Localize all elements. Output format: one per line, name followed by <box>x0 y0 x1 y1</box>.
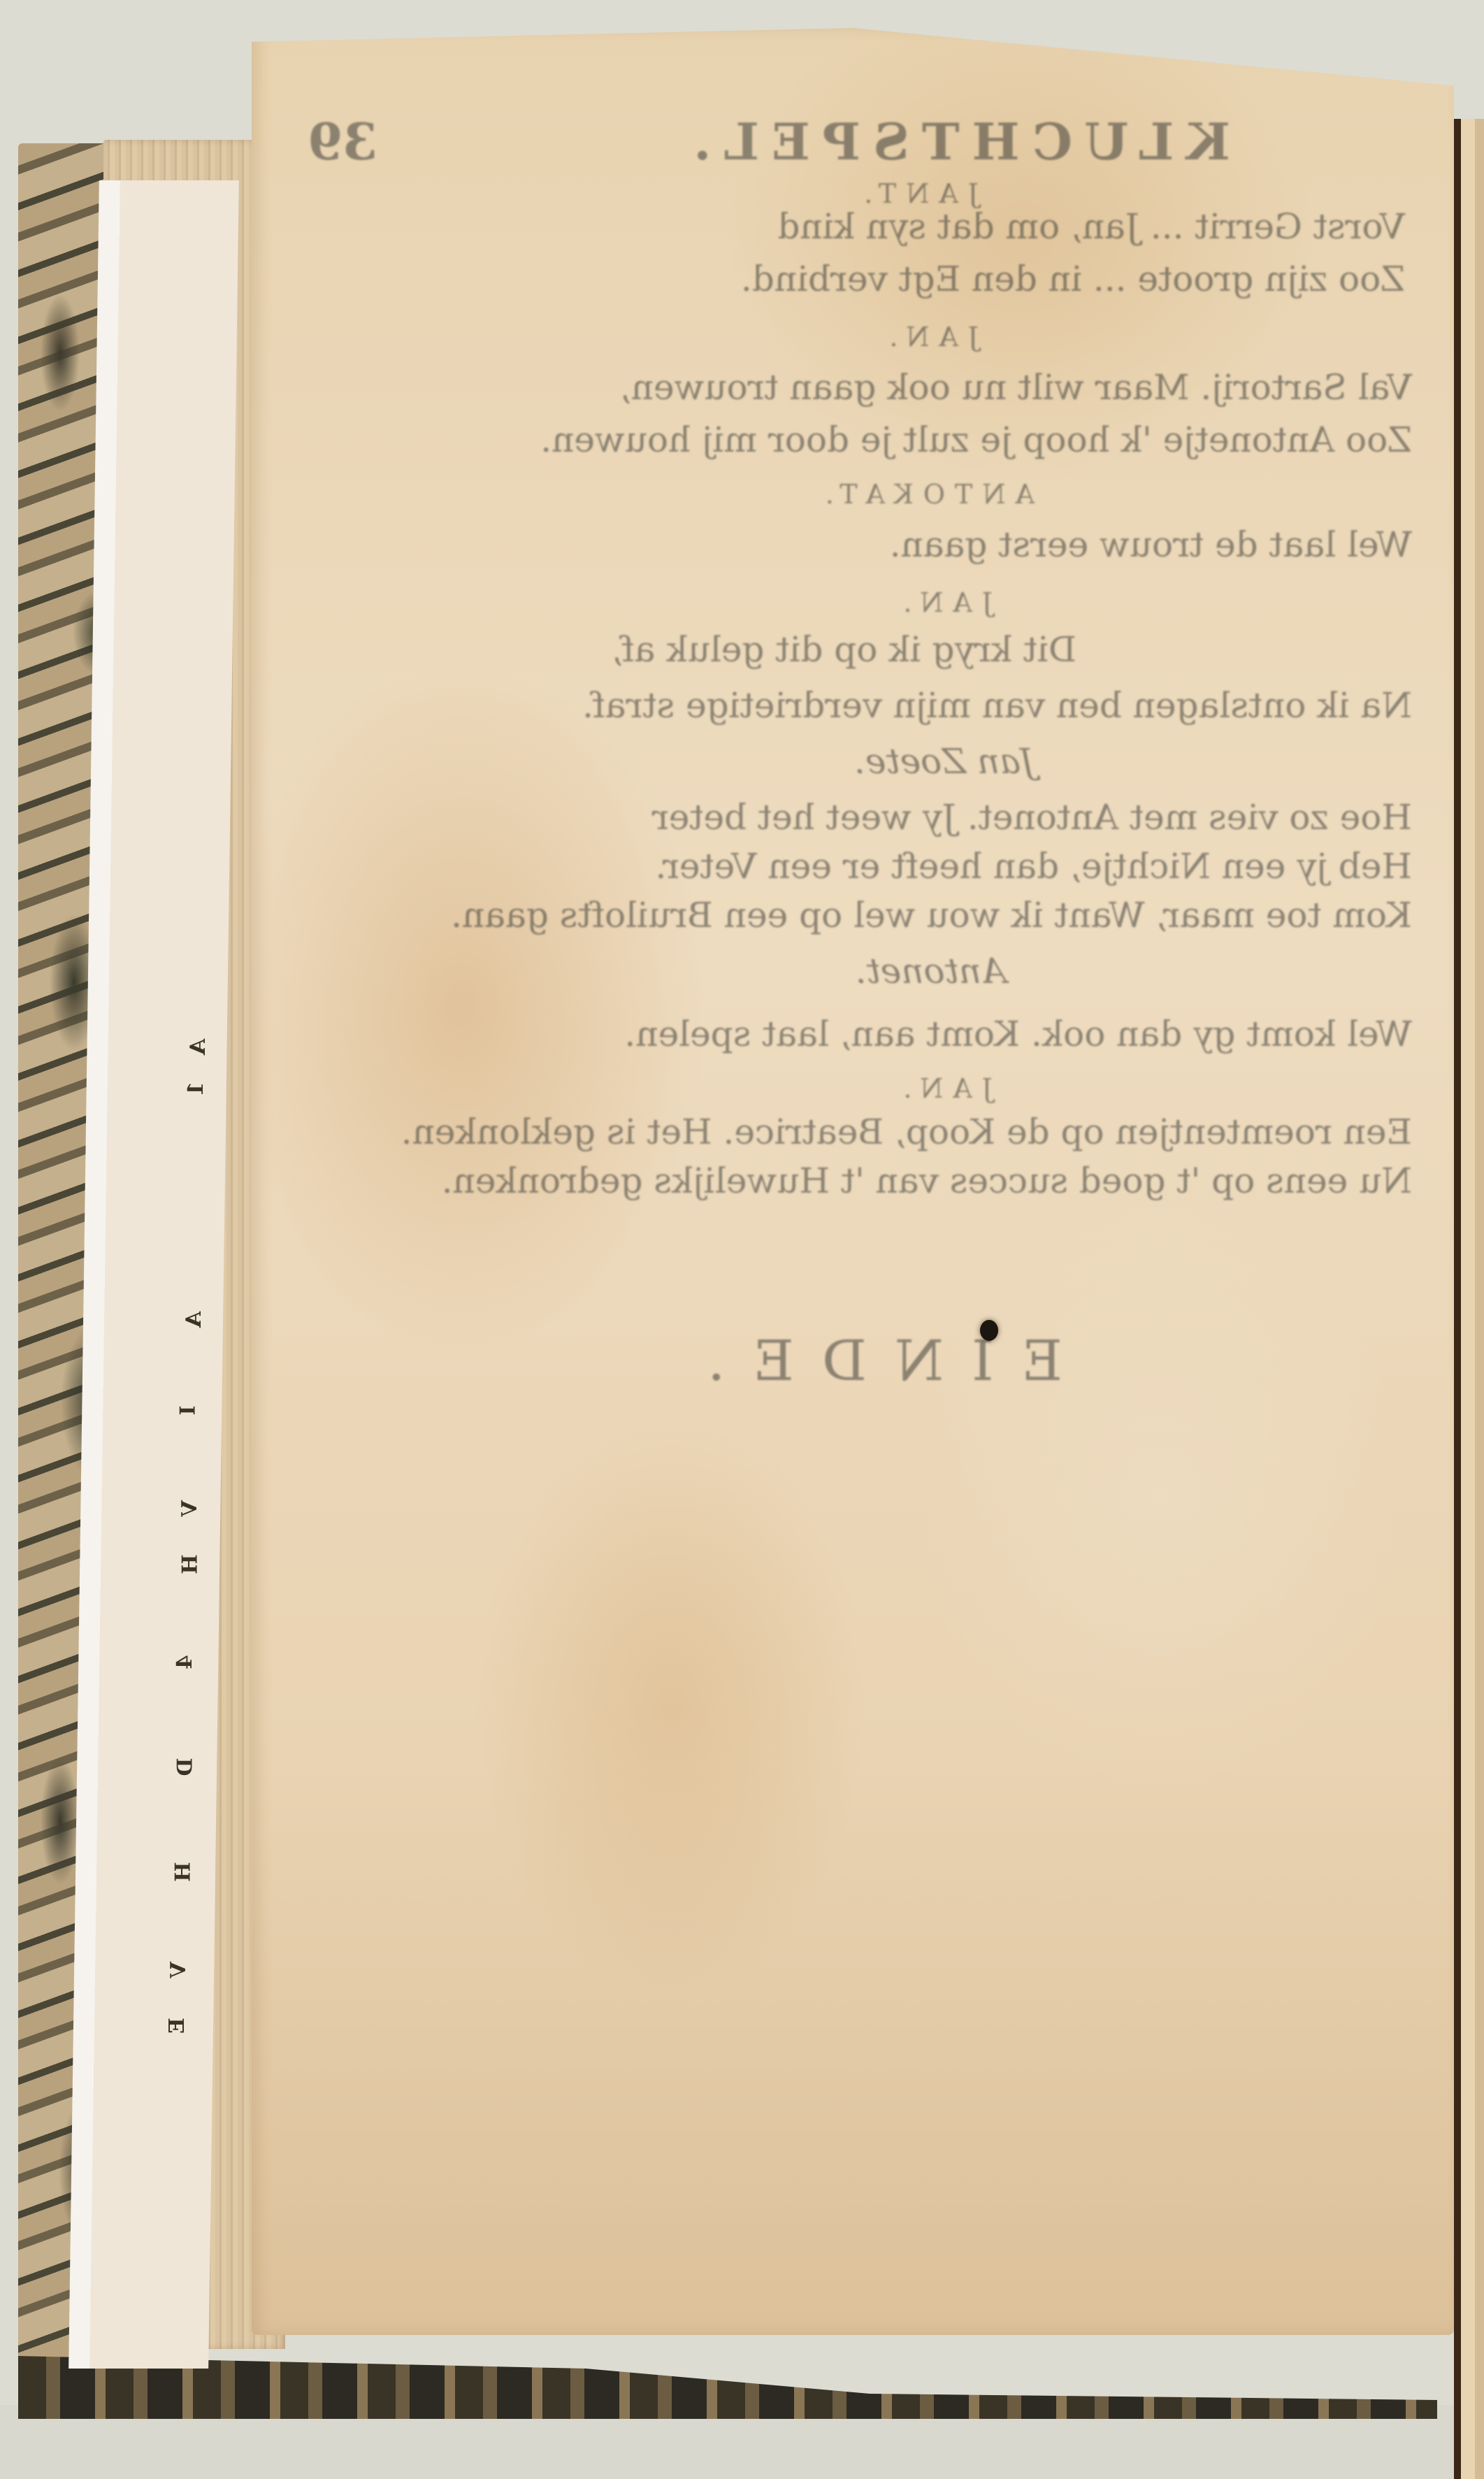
signature-mark: V <box>166 1962 191 1978</box>
verse-line: Hoe zo vies met Antonet. Jy weet het bet… <box>652 797 1412 838</box>
speaker-label: JAN. <box>893 587 993 618</box>
speaker-label: ANTOKAT. <box>816 479 1035 510</box>
verse-line: Val Sartorij. Maar wilt nu ook gaan trou… <box>620 367 1412 408</box>
signature-mark: E <box>165 2018 189 2034</box>
signature-mark: 4 <box>173 1655 197 1669</box>
signature-mark: A <box>182 1312 206 1328</box>
book-photo: A 1 A I V H 4 D H V E KLUCHTSPEL. 39 JAN… <box>0 0 1484 2479</box>
verse-line: Heb jy een Nichtje, dan heeft er een Vet… <box>656 846 1412 886</box>
verse-line: Zoo zijn groote ... in den Egt verbind. <box>741 259 1405 299</box>
speaker-label: JAN. <box>893 1073 993 1104</box>
signature-mark: H <box>171 1862 196 1881</box>
speaker-label: JANT. <box>854 178 979 209</box>
verse-line: Een roemtentjen op de Koop, Beatrice. He… <box>401 1112 1412 1152</box>
right-page-gutter <box>1454 119 1484 2479</box>
running-head-title: KLUCHTSPEL. <box>681 112 1230 171</box>
signature-mark: A <box>186 1039 210 1055</box>
speaker-label: JAN. <box>879 322 979 352</box>
verse-line: Nu eens op 't goed succes van 't Huwelij… <box>442 1161 1412 1201</box>
speaker-label: Jan Zoete. <box>854 741 1035 782</box>
verse-line: Kom toe maar, Want ik wou wel op een Bru… <box>451 895 1412 935</box>
signature-mark: I <box>176 1405 201 1415</box>
verse-line: Wel komt gy dan ook. Komt aan, laat spel… <box>624 1014 1412 1054</box>
verse-line: Zoo Antonetje 'k hoop je zult je door mi… <box>540 419 1412 460</box>
signature-mark: D <box>173 1758 198 1776</box>
verse-line: Wel laat de trouw eerst gaan. <box>890 524 1412 565</box>
signature-mark: H <box>178 1554 203 1574</box>
verse-line: Na ik ontslagen ben van mijn verdrietige… <box>582 685 1412 726</box>
running-head: KLUCHTSPEL. 39 <box>266 112 1426 175</box>
signature-mark: V <box>178 1500 202 1516</box>
signature-marks: A 1 A I V H 4 D H V E <box>175 1035 217 2083</box>
verse-line: Vorst Gerrit ... Jan, om dat syn kind <box>777 206 1405 247</box>
speaker-label: Antonet. <box>856 951 1007 991</box>
marbled-cover-bottom-edge <box>18 2356 1437 2419</box>
ink-spot <box>980 1320 998 1341</box>
finis-heading: EINDE. <box>679 1328 1062 1393</box>
verse-line: Dit kryg ik op dit geluk af, <box>612 629 1076 670</box>
show-through-text: KLUCHTSPEL. 39 JANT. Vorst Gerrit ... Ja… <box>266 91 1426 1419</box>
page-number: 39 <box>308 112 377 171</box>
signature-mark: 1 <box>184 1082 208 1096</box>
